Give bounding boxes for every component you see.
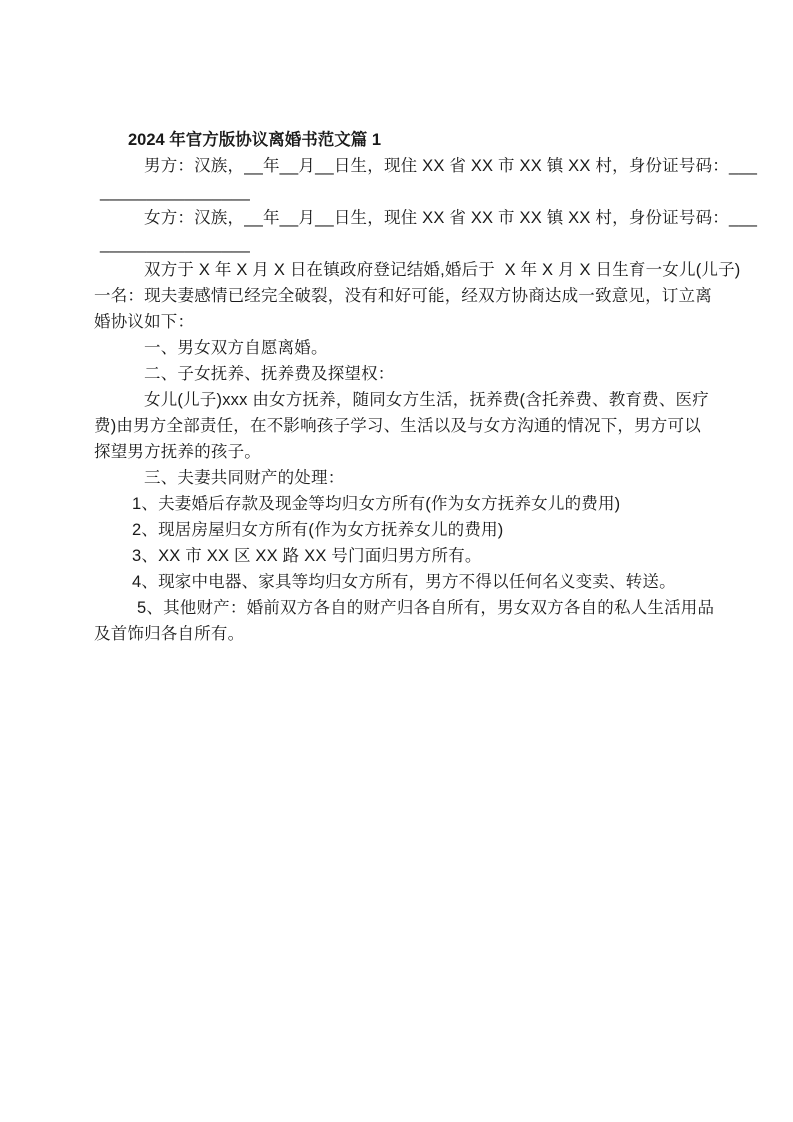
text-line: 费)由男方全部责任，在不影响孩子学习、生活以及与女方沟通的情况下，男方可以 — [94, 413, 705, 439]
text-line: 女方：汉族，__年__月__日生，现住 XX 省 XX 市 XX 镇 XX 村，… — [94, 205, 705, 231]
text-line: 一名：现夫妻感情已经完全破裂，没有和好可能，经双方协商达成一致意见，订立离 — [94, 283, 705, 309]
text-line: 双方于 X 年 X 月 X 日在镇政府登记结婚,婚后于 X 年 X 月 X 日生… — [94, 257, 705, 283]
text-line: 一、男女双方自愿离婚。 — [94, 335, 705, 361]
text-line: 1、夫妻婚后存款及现金等均归女方所有(作为女方抚养女儿的费用) — [94, 491, 705, 517]
paragraph-party-female: 女方：汉族，__年__月__日生，现住 XX 省 XX 市 XX 镇 XX 村，… — [94, 205, 705, 257]
text-line: 3、XX 市 XX 区 XX 路 XX 号门面归男方所有。 — [94, 543, 705, 569]
paragraph-property-item-4: 4、现家中电器、家具等均归女方所有，男方不得以任何名义变卖、转送。 — [94, 569, 705, 595]
paragraph-property-item-5: 5、其他财产：婚前双方各自的财产归各自所有，男女双方各自的私人生活用品 及首饰归… — [94, 595, 705, 647]
text-line: 男方：汉族，__年__月__日生，现住 XX 省 XX 市 XX 镇 XX 村，… — [94, 153, 705, 179]
text-line: 三、夫妻共同财产的处理： — [94, 465, 705, 491]
paragraph-clause-1: 一、男女双方自愿离婚。 — [94, 335, 705, 361]
text-line: 女儿(儿子)xxx 由女方抚养，随同女方生活，抚养费(含托养费、教育费、医疗 — [94, 387, 705, 413]
text-line: 2、现居房屋归女方所有(作为女方抚养女儿的费用) — [94, 517, 705, 543]
text-line: 5、其他财产：婚前双方各自的财产归各自所有，男女双方各自的私人生活用品 — [94, 595, 705, 621]
blank-underscore-line: ________________ — [94, 231, 705, 257]
paragraph-clause-2: 二、子女抚养、抚养费及探望权： — [94, 361, 705, 387]
blank-underscore-line: ________________ — [94, 179, 705, 205]
text-line: 4、现家中电器、家具等均归女方所有，男方不得以任何名义变卖、转送。 — [94, 569, 705, 595]
text-line: 及首饰归各自所有。 — [94, 621, 705, 647]
text-line: 二、子女抚养、抚养费及探望权： — [94, 361, 705, 387]
text-line: 探望男方抚养的孩子。 — [94, 439, 705, 465]
paragraph-clause-3: 三、夫妻共同财产的处理： — [94, 465, 705, 491]
document-title: 2024 年官方版协议离婚书范文篇 1 — [94, 127, 705, 153]
paragraph-property-item-3: 3、XX 市 XX 区 XX 路 XX 号门面归男方所有。 — [94, 543, 705, 569]
paragraph-property-item-2: 2、现居房屋归女方所有(作为女方抚养女儿的费用) — [94, 517, 705, 543]
paragraph-custody-detail: 女儿(儿子)xxx 由女方抚养，随同女方生活，抚养费(含托养费、教育费、医疗 费… — [94, 387, 705, 465]
paragraph-preamble: 双方于 X 年 X 月 X 日在镇政府登记结婚,婚后于 X 年 X 月 X 日生… — [94, 257, 705, 335]
paragraph-property-item-1: 1、夫妻婚后存款及现金等均归女方所有(作为女方抚养女儿的费用) — [94, 491, 705, 517]
text-line: 婚协议如下： — [94, 309, 705, 335]
paragraph-party-male: 男方：汉族，__年__月__日生，现住 XX 省 XX 市 XX 镇 XX 村，… — [94, 153, 705, 205]
document-page: 2024 年官方版协议离婚书范文篇 1 男方：汉族，__年__月__日生，现住 … — [0, 0, 793, 1122]
